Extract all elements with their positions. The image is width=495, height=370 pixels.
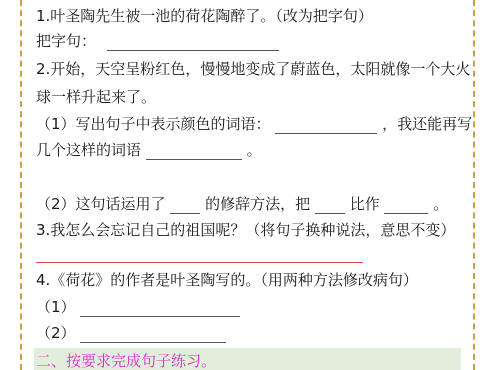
q2-sub1-blank2[interactable] [146, 143, 242, 160]
right-dashed-border [473, 0, 475, 370]
q1-prompt: 1.叶圣陶先生被一池的荷花陶醉了。（改为把字句） [36, 6, 373, 26]
q2-sub1-line2-text: 几个这样的词语 [36, 141, 141, 159]
q4-opt2-row: （2） [36, 323, 226, 343]
q3-prompt: 3.我怎么会忘记自己的祖国呢？（将句子换种说法，意思不变） [36, 220, 455, 240]
q2-sub2-row: （2）这句话运用了 的修辞方法，把 比作 。 [36, 194, 448, 214]
q2-sub1-blank1[interactable] [275, 117, 377, 134]
q2-sub2-text3: 比作 [350, 195, 380, 213]
q4-opt2-label: （2） [36, 324, 76, 342]
q4-opt1-blank[interactable] [80, 300, 240, 317]
q4-opt1-label: （1） [36, 298, 76, 316]
q2-sub1-row2: 几个这样的词语 。 [36, 140, 262, 160]
q2-sub2-text1: （2）这句话运用了 [36, 195, 166, 213]
q2-sub2-blank2[interactable] [315, 197, 345, 214]
q2-prompt-line2: 球一样升起来了。 [36, 87, 156, 107]
q4-prompt: 4.《荷花》的作者是叶圣陶写的。（用两种方法修改病句） [36, 270, 418, 290]
q2-sub2-end: 。 [433, 195, 448, 213]
q2-sub1-text: （1）写出句子中表示颜色的词语： [36, 115, 271, 133]
q1-answer-blank[interactable] [107, 34, 279, 51]
q2-sub1-text2: ，我还能再写 [382, 115, 472, 133]
section-heading: 二、按要求完成句子练习。 [36, 351, 216, 370]
q3-answer-line[interactable] [36, 262, 363, 263]
left-dashed-border [20, 0, 22, 370]
q2-sub1-row: （1）写出句子中表示颜色的词语： ，我还能再写 [36, 114, 472, 134]
q1-answer-row: 把字句： [36, 31, 279, 51]
q2-sub2-blank1[interactable] [170, 197, 200, 214]
q4-opt2-blank[interactable] [80, 326, 226, 343]
q1-answer-label: 把字句： [36, 32, 96, 50]
q2-sub2-text2: 的修辞方法，把 [205, 195, 310, 213]
q4-opt1-row: （1） [36, 297, 240, 317]
q2-prompt-line1: 2.开始，天空呈粉红色，慢慢地变成了蔚蓝色，太阳就像一个大火 [36, 59, 470, 79]
q2-sub2-blank3[interactable] [384, 197, 428, 214]
q2-sub1-end: 。 [247, 141, 262, 159]
